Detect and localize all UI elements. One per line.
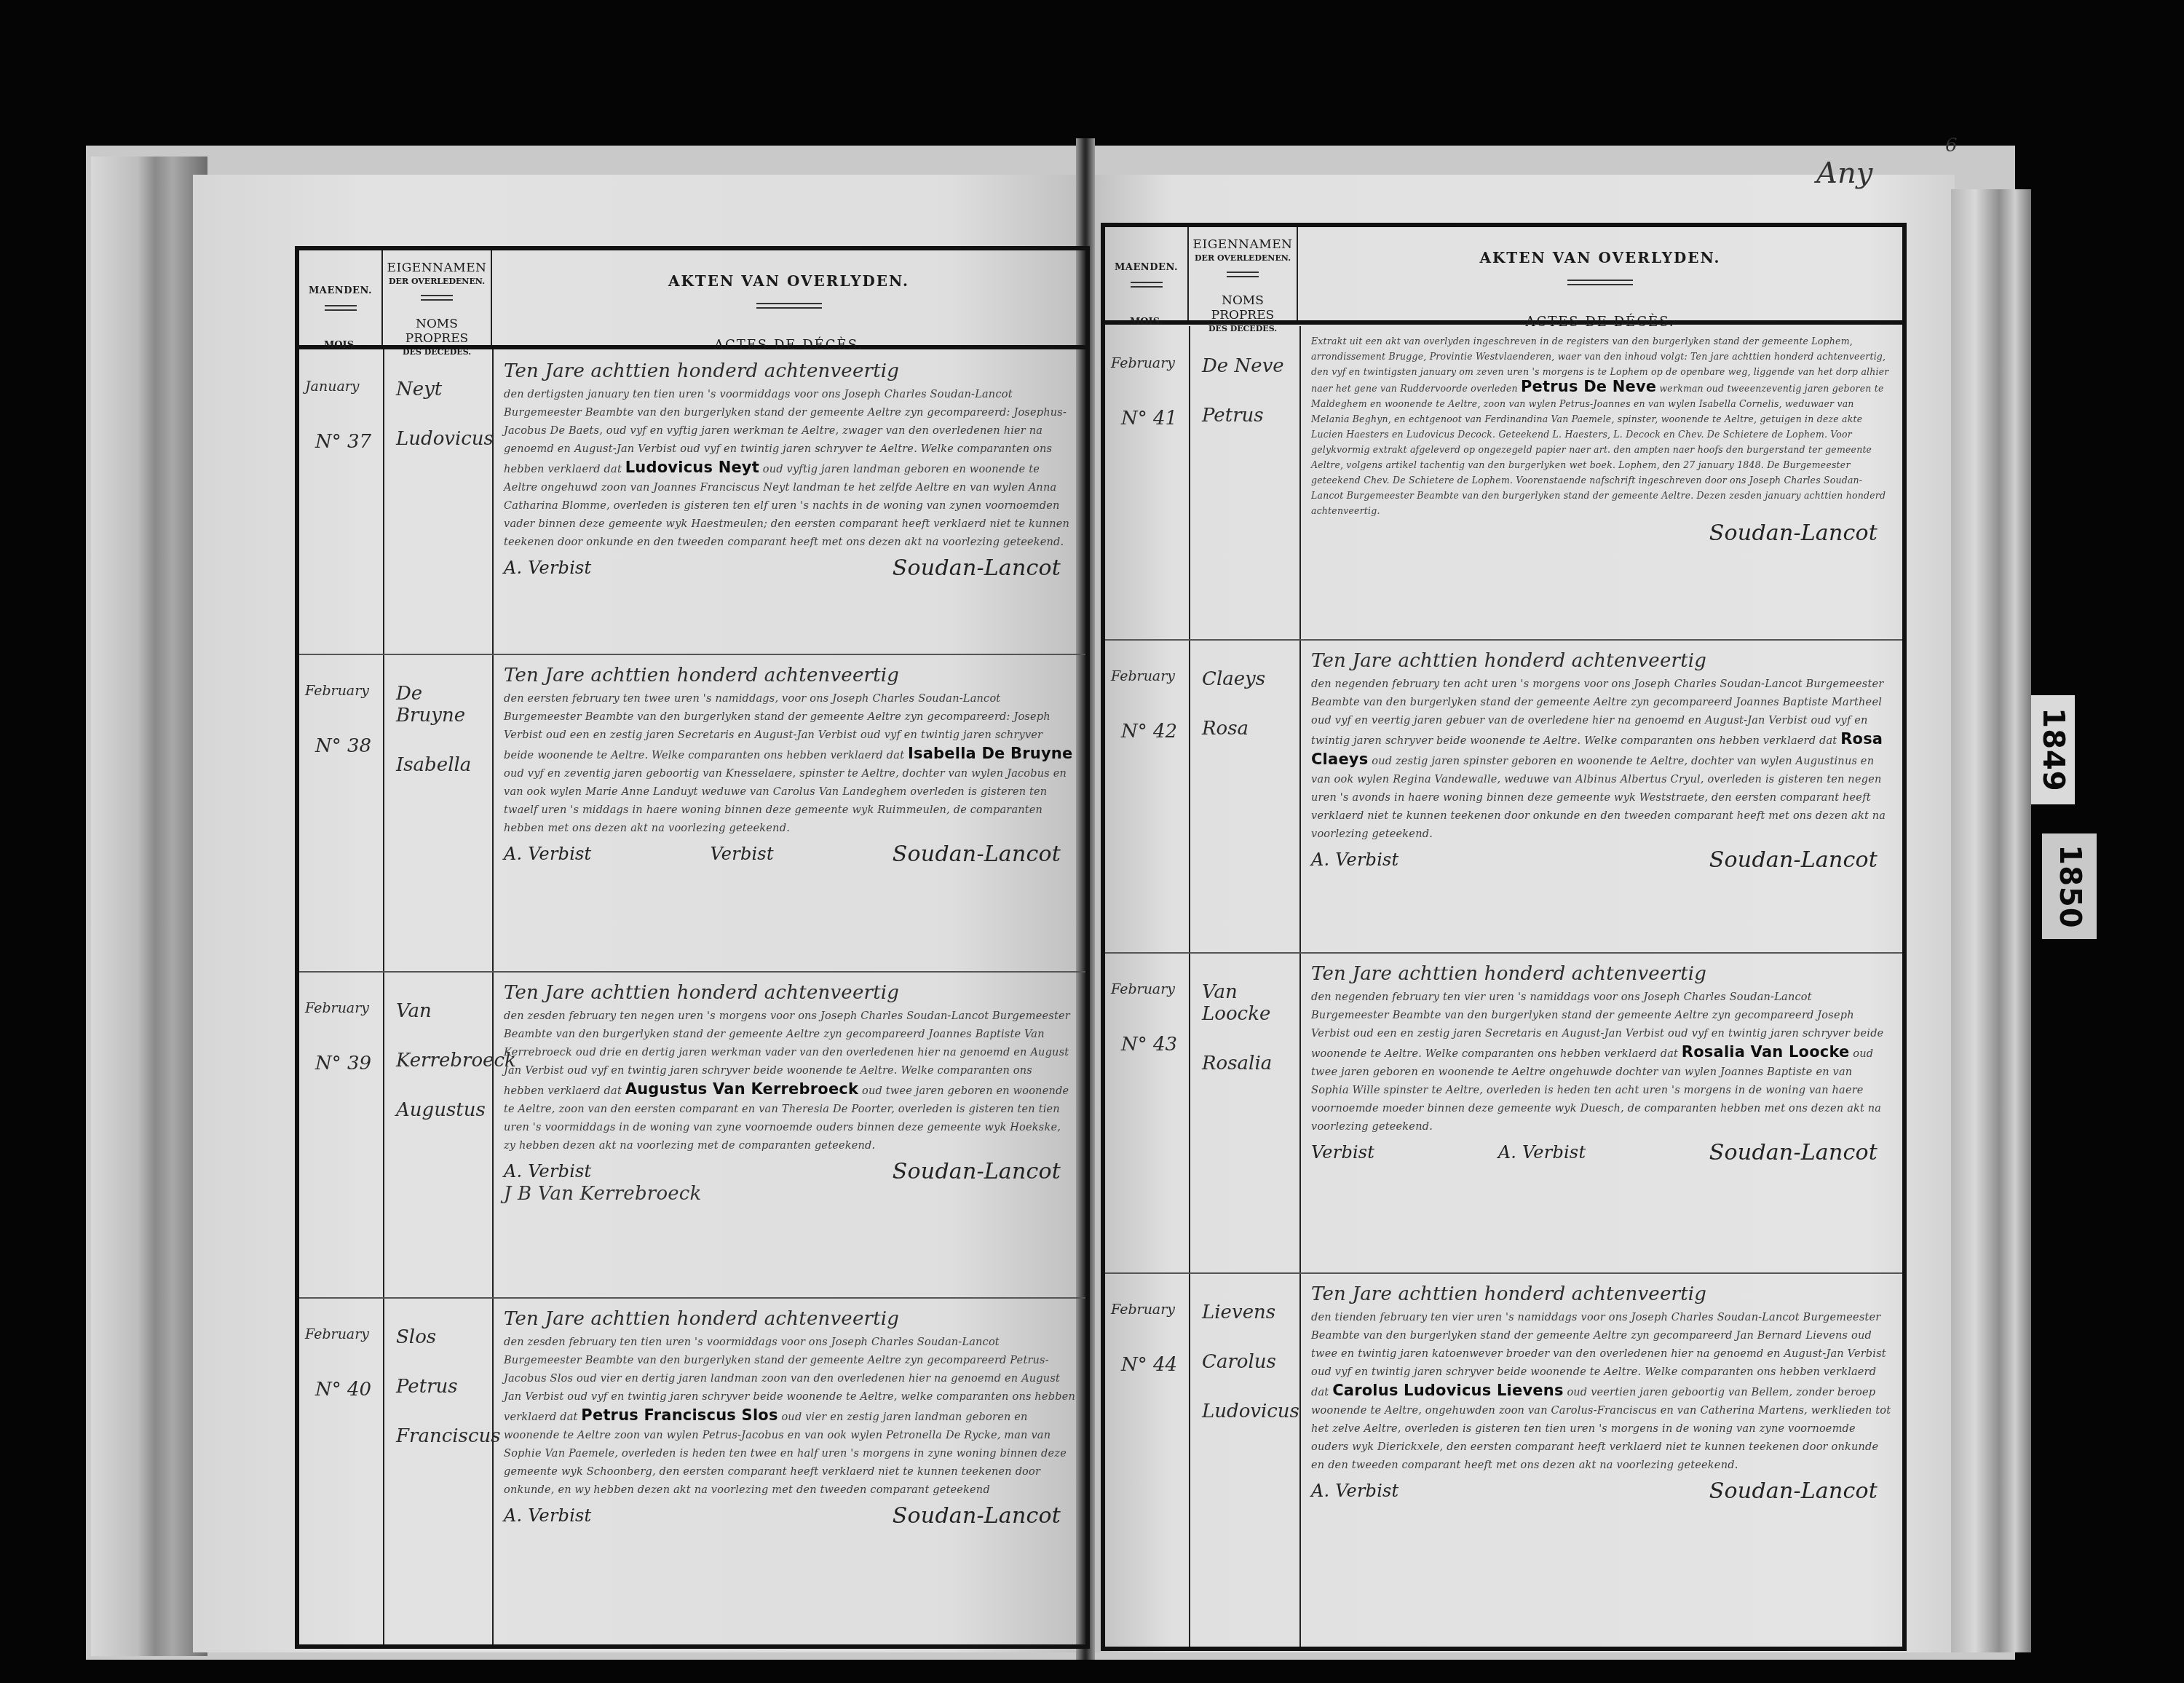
entry-row: February N° 40 Slos Petrus Franciscus Te…: [299, 1297, 1085, 1639]
name-cell: Van Kerrebroeck Augustus: [384, 971, 492, 1297]
act-text: Ten Jare achttien honderd achtenveertig …: [494, 971, 1085, 1297]
name-cell: Claeys Rosa: [1190, 639, 1299, 952]
name-cell: Neyt Ludovicus: [384, 349, 492, 654]
page-number: 6: [1945, 135, 1958, 157]
month-cell: February N° 44: [1105, 1272, 1189, 1644]
month-cell: February N° 41: [1105, 326, 1189, 639]
entries: February N° 41 De Neve Petrus Extrakt ui…: [1105, 326, 1902, 1647]
table-header: MAENDEN. MOIS. EIGENNAMEN DER OVERLEDENE…: [1105, 227, 1902, 325]
act-text: Ten Jare achttien honderd achtenveertig …: [494, 654, 1085, 971]
deceased-name: Rosalia Van Loocke: [1682, 1043, 1850, 1061]
signatures: Verbist A. Verbist Soudan-Lancot: [1311, 1144, 1892, 1162]
entry-row: February N° 43 Van Loocke Rosalia Ten Ja…: [1105, 952, 1902, 1274]
deceased-name: Petrus De Neve: [1521, 378, 1656, 395]
entries: January N° 37 Neyt Ludovicus Ten Jare ac…: [299, 349, 1085, 1644]
month-cell: February N° 42: [1105, 639, 1189, 952]
entry-row: January N° 37 Neyt Ludovicus Ten Jare ac…: [299, 349, 1085, 655]
signatures: A. Verbist Soudan-Lancot: [504, 1507, 1075, 1525]
act-text: Extrakt uit een akt van overlyden ingesc…: [1301, 326, 1902, 639]
header-acts: AKTEN VAN OVERLYDEN. ACTES DE DÉCÈS.: [1298, 227, 1902, 320]
signatures: A. Verbist Verbist Soudan-Lancot: [504, 845, 1075, 863]
act-text: Ten Jare achttien honderd achtenveertig …: [1301, 952, 1902, 1272]
month-cell: February N° 38: [299, 654, 383, 971]
entry-row: February N° 41 De Neve Petrus Extrakt ui…: [1105, 326, 1902, 641]
deceased-name: Carolus Ludovicus Lievens: [1332, 1382, 1563, 1399]
act-text: Ten Jare achttien honderd achtenveertig …: [494, 349, 1085, 654]
year-tab-1850[interactable]: 1850: [2042, 833, 2097, 939]
right-ledger-table: MAENDEN. MOIS. EIGENNAMEN DER OVERLEDENE…: [1101, 223, 1907, 1651]
name-cell: Slos Petrus Franciscus: [384, 1297, 492, 1639]
entry-row: February N° 42 Claeys Rosa Ten Jare acht…: [1105, 639, 1902, 954]
header-names: EIGENNAMEN DER OVERLEDENEN. NOMS PROPRES…: [383, 250, 492, 345]
deceased-name: Petrus Franciscus Slos: [581, 1406, 778, 1424]
header-months: MAENDEN. MOIS.: [299, 250, 383, 345]
left-page-edges: [91, 157, 207, 1656]
act-text: Ten Jare achttien honderd achtenveertig …: [494, 1297, 1085, 1639]
left-ledger-table: MAENDEN. MOIS. EIGENNAMEN DER OVERLEDENE…: [295, 246, 1090, 1649]
month-cell: January N° 37: [299, 349, 383, 654]
double-rule: [325, 305, 357, 311]
table-header: MAENDEN. MOIS. EIGENNAMEN DER OVERLEDENE…: [299, 250, 1085, 349]
witness-signature: J B Van Kerrebroeck: [504, 1185, 1075, 1203]
month-cell: February N° 40: [299, 1297, 383, 1639]
header-acts: AKTEN VAN OVERLYDEN. ACTES DE DÉCÈS.: [492, 250, 1085, 345]
name-cell: De Bruyne Isabella: [384, 654, 492, 971]
act-text: Ten Jare achttien honderd achtenveertig …: [1301, 1272, 1902, 1644]
double-rule: [1567, 280, 1633, 285]
entry-row: February N° 39 Van Kerrebroeck Augustus …: [299, 971, 1085, 1299]
double-rule: [1131, 282, 1163, 288]
name-cell: Lievens Carolus Ludovicus: [1190, 1272, 1299, 1644]
name-cell: Van Loocke Rosalia: [1190, 952, 1299, 1272]
act-text: Ten Jare achttien honderd achtenveertig …: [1301, 639, 1902, 952]
header-names: EIGENNAMEN DER OVERLEDENEN. NOMS PROPRES…: [1189, 227, 1298, 320]
double-rule: [1227, 272, 1259, 277]
header-months: MAENDEN. MOIS.: [1105, 227, 1189, 320]
deceased-name: Ludovicus Neyt: [625, 459, 759, 476]
deceased-name: Augustus Van Kerrebroeck: [625, 1080, 858, 1098]
signatures: A. Verbist Soudan-Lancot: [1311, 1482, 1892, 1500]
right-page-edges: [1951, 189, 2031, 1652]
signatures: A. Verbist Soudan-Lancot: [504, 1163, 1075, 1181]
corner-annotation: Any: [1816, 157, 1872, 190]
year-tab-1849[interactable]: 1849: [2031, 695, 2075, 804]
double-rule: [756, 303, 822, 309]
entry-row: February N° 44 Lievens Carolus Ludovicus…: [1105, 1272, 1902, 1644]
double-rule: [421, 295, 453, 301]
entry-row: February N° 38 De Bruyne Isabella Ten Ja…: [299, 654, 1085, 973]
month-cell: February N° 43: [1105, 952, 1189, 1272]
deceased-name: Isabella De Bruyne: [908, 745, 1072, 762]
month-cell: February N° 39: [299, 971, 383, 1297]
signatures: Soudan-Lancot: [1311, 526, 1892, 541]
signatures: A. Verbist Soudan-Lancot: [504, 559, 1075, 577]
name-cell: De Neve Petrus: [1190, 326, 1299, 639]
signatures: A. Verbist Soudan-Lancot: [1311, 851, 1892, 869]
